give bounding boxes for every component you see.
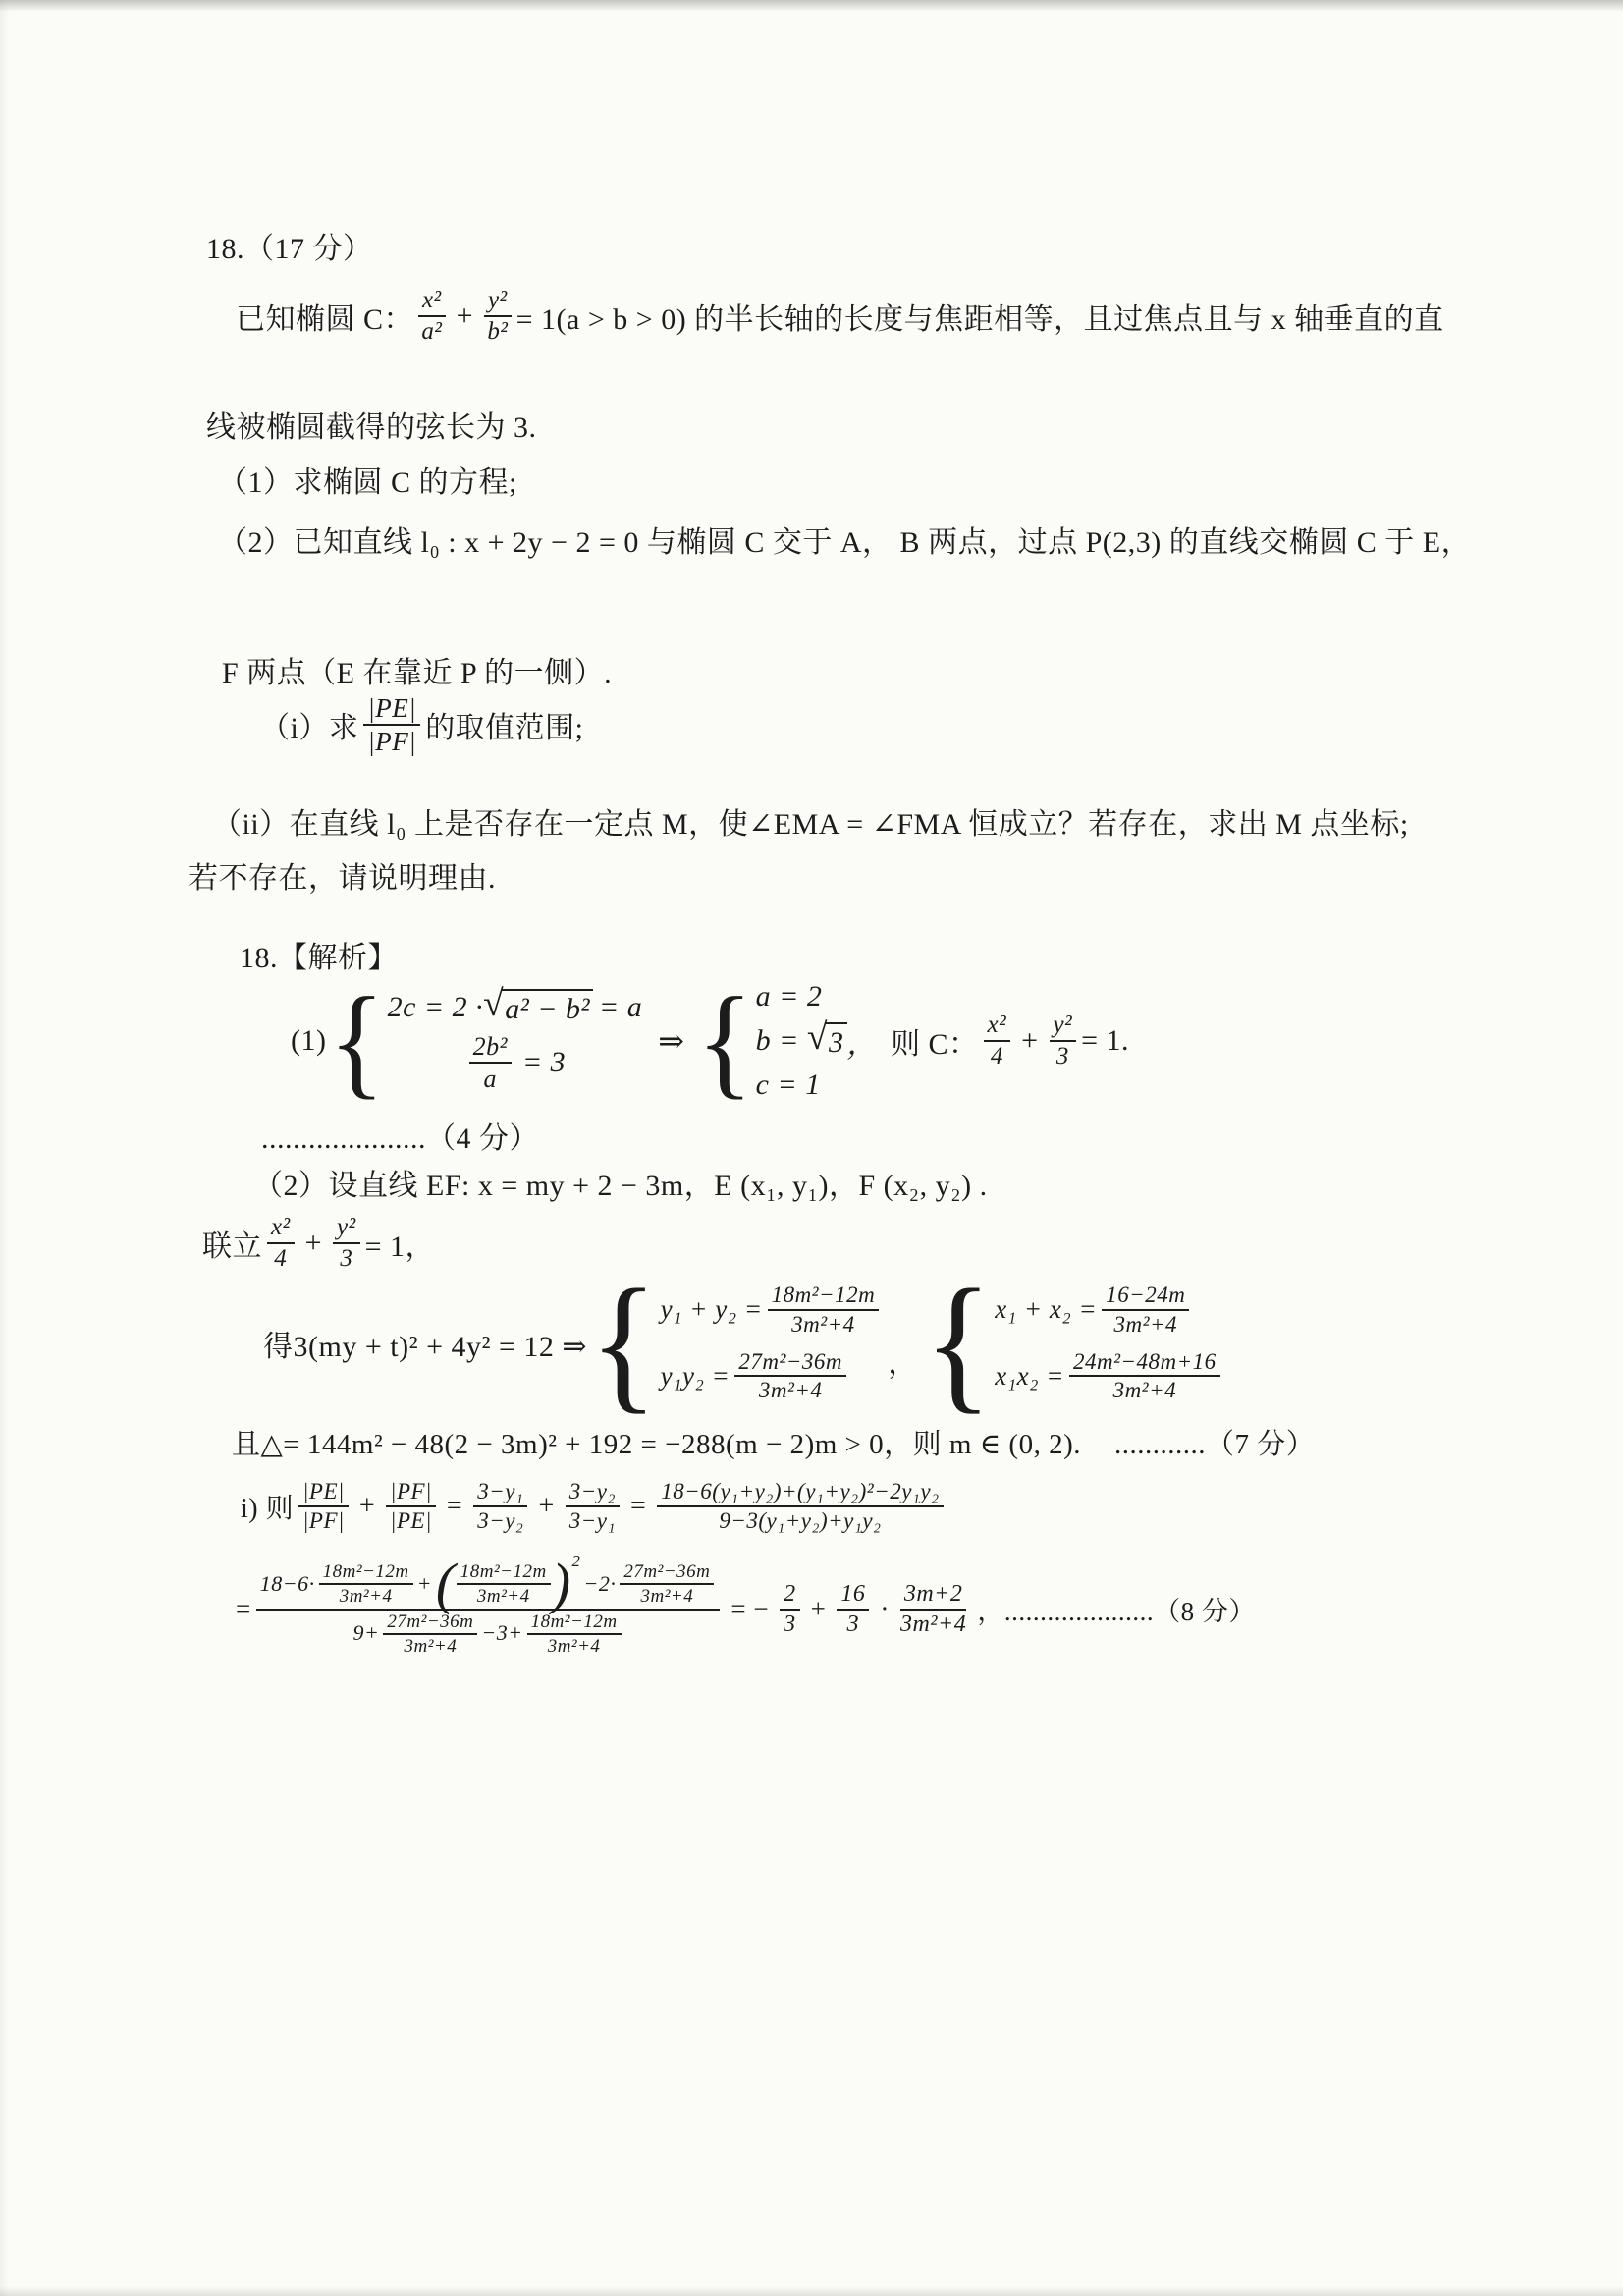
solution-lianli: 联立 x²4 + y²3 = 1， — [202, 1214, 435, 1273]
den-term2: −3+ — [481, 1621, 522, 1646]
step1-eq-row1: 2c = 2 · √a² − b² = a — [388, 989, 649, 1026]
y-prod-pre: y₁y₂ = — [661, 1361, 730, 1392]
plus-sign: + — [359, 1491, 375, 1522]
frac-den: 3 — [784, 1611, 796, 1638]
fraction-y-prod: 27m²−36m3m²+4 — [734, 1349, 846, 1404]
radicand: a² − b² — [502, 989, 593, 1026]
frac-num: 18m²−12m — [457, 1561, 551, 1585]
radical-sign: √ — [807, 1019, 828, 1057]
y-sum-pre: y₁ + y₂ = — [661, 1294, 763, 1325]
frac-num: 27m²−36m — [734, 1349, 846, 1378]
sqrt-3: √3 — [807, 1022, 847, 1060]
question-ii: （ii）在直线 l₀ 上是否存在一定点 M，使∠EMA = ∠FMA 恒成立？若… — [212, 799, 1409, 843]
y-sum-row: y₁ + y₂ = 18m²−12m3m²+4 — [661, 1283, 885, 1338]
frac-den: 3m²+4 — [477, 1585, 530, 1607]
intro-post-text: = 1(a > b > 0) 的半长轴的长度与焦距相等，且过焦点且与 x 轴垂直… — [516, 295, 1444, 338]
fraction-y-sum: 18m²−12m3m²+4 — [768, 1283, 880, 1338]
x-sum-pre: x₁ + x₂ = — [995, 1294, 1097, 1325]
fraction-x-prod: 24m²−48m+163m²+4 — [1069, 1349, 1220, 1404]
frac-den: 3m²+4 — [1113, 1377, 1177, 1403]
frac-den: 3 — [1056, 1042, 1069, 1070]
row2-post: = 3 — [522, 1046, 566, 1079]
fraction-x-sum: 16−24m3m²+4 — [1102, 1283, 1189, 1338]
fraction-x2-4: x²4 — [267, 1214, 295, 1273]
left-brace: { — [328, 985, 385, 1097]
ratio-line: i) 则 |PE||PF| + |PF||PE| = 3−y₁3−y₂ + 3−… — [241, 1479, 948, 1534]
frac-num: 2b² — [469, 1032, 512, 1064]
fraction-3m2-3m24: 3m+23m²+4 — [900, 1581, 967, 1638]
frac-num: 18−6(y₁+y₂)+(y₁+y₂)²−2y₁y₂ — [657, 1479, 943, 1507]
frac-den: 3m²+4 — [641, 1585, 694, 1607]
frac-num: 16 — [837, 1581, 869, 1611]
equals-sign: = — [236, 1594, 251, 1624]
ratio-label: i) 则 — [241, 1487, 294, 1526]
result-b: b = √3 ， — [756, 1019, 877, 1063]
intro-pre-text: 已知椭圆 C： — [236, 295, 413, 338]
discriminant-line: 且△= 144m² − 48(2 − 3m)² + 192 = −288(m −… — [232, 1422, 1315, 1462]
num-term3: −2· — [584, 1572, 617, 1597]
question-i: （i）求 |PE||PF| 的取值范围; — [260, 693, 584, 756]
final-computation-line: = 18−6· 18m²−12m3m²+4 + ( 18m²−12m3m²+4 … — [236, 1561, 1256, 1657]
plus-sign: + — [538, 1491, 554, 1522]
implies-arrow: ⇒ — [658, 1022, 684, 1060]
plus-sign: + — [305, 1227, 322, 1260]
frac-den: 3 — [340, 1244, 352, 1273]
mini-frac-5: 18m²−12m3m²+4 — [527, 1612, 622, 1658]
equals-one: = 1. — [1081, 1024, 1129, 1058]
fraction-2-3: 23 — [780, 1581, 800, 1638]
frac-num: 16−24m — [1102, 1283, 1189, 1311]
frac-num: |PF| — [386, 1479, 436, 1507]
systems-comma: ， — [888, 1339, 918, 1407]
question-1: （1）求椭圆 C 的方程; — [218, 458, 517, 501]
frac-den: b² — [487, 317, 508, 346]
frac-num: 18m²−12m — [527, 1612, 622, 1635]
frac-num: 27m²−36m — [620, 1561, 714, 1585]
fraction-16-3: 163 — [837, 1581, 869, 1638]
frac-den: 9−3(y₁+y₂)+y₁y₂ — [719, 1507, 881, 1534]
big-nested-fraction: 18−6· 18m²−12m3m²+4 + ( 18m²−12m3m²+4 ) … — [256, 1561, 721, 1657]
num-plus: + — [417, 1572, 432, 1597]
mini-frac-3: 27m²−36m3m²+4 — [620, 1561, 714, 1608]
row1-pre: 2c = 2 · — [388, 991, 484, 1024]
solution-vieta-line: 得3(my + t)² + 4y² = 12 ⇒ { y₁ + y₂ = 18m… — [263, 1279, 1225, 1407]
sqrt-a2-b2: √a² − b² — [483, 989, 593, 1026]
frac-den: |PF| — [367, 726, 416, 756]
frac-num: x² — [418, 287, 446, 317]
frac-den: 3 — [847, 1611, 860, 1638]
lianli-post: = 1， — [365, 1222, 435, 1265]
radical-sign: √ — [483, 986, 504, 1023]
step1-label: (1) — [291, 1024, 326, 1058]
plus-sign: + — [811, 1594, 827, 1624]
frac-num: y² — [333, 1214, 360, 1244]
fraction-3y2-3y1: 3−y₂3−y₁ — [566, 1479, 620, 1534]
frac-num: y² — [1050, 1011, 1077, 1042]
plus-sign: + — [457, 300, 473, 333]
result-c: c = 1 — [756, 1068, 821, 1102]
equals-sign: = — [630, 1491, 646, 1522]
mini-frac-1: 18m²−12m3m²+4 — [319, 1561, 413, 1608]
frac-den: |PF| — [302, 1507, 345, 1534]
then-text: 则 C： — [891, 1019, 979, 1063]
x-prod-pre: x₁x₂ = — [995, 1361, 1064, 1392]
solution-step2-line: （2）设直线 EF: x = my + 2 − 3m，E (x₁, y₁)，F … — [253, 1161, 988, 1204]
frac-num: 18m²−12m — [768, 1283, 880, 1311]
x-prod-row: x₁x₂ = 24m²−48m+163m²+4 — [995, 1349, 1224, 1404]
step1-eq-row2: 2b²a = 3 — [464, 1032, 572, 1093]
frac-den: 3m²+4 — [1114, 1311, 1178, 1338]
frac-den: 3−y₂ — [477, 1507, 523, 1534]
frac-den: 4 — [274, 1244, 287, 1273]
num-term1: 18−6· — [260, 1572, 315, 1597]
b-pre: b = — [756, 1024, 799, 1058]
problem-number: 18.（17 分） — [206, 224, 373, 267]
discriminant-text: 且△= 144m² − 48(2 − 3m)² + 192 = −288(m −… — [232, 1422, 1081, 1462]
fraction-y2-b2: y²b² — [484, 287, 512, 346]
row1-post: = a — [599, 991, 642, 1024]
document-page: 18.（17 分） 已知椭圆 C： x²a² + y²b² = 1(a > b … — [0, 0, 1623, 2296]
radicand: 3 — [826, 1022, 847, 1060]
frac-num: x² — [267, 1214, 295, 1244]
frac-num: 3−y₁ — [473, 1479, 527, 1507]
fraction-pe-pf: |PE||PF| — [363, 693, 420, 756]
frac-num: 24m²−48m+16 — [1069, 1349, 1220, 1378]
question-2: （2）已知直线 l₀ : x + 2y − 2 = 0 与椭圆 C 交于 A， … — [218, 518, 1471, 561]
fraction-y2-3: y²3 — [1050, 1011, 1077, 1070]
fraction-2b2-a: 2b²a — [469, 1032, 512, 1093]
den-term1: 9+ — [353, 1621, 380, 1646]
frac-den: a — [484, 1064, 498, 1093]
score-mark-8: ，.....................（8 分） — [977, 1590, 1256, 1628]
big-frac-denominator: 9+ 27m²−36m3m²+4 −3+ 18m²−12m3m²+4 — [353, 1611, 623, 1658]
solution-header: 18.【解析】 — [240, 933, 398, 976]
question-2-cont: F 两点（E 在靠近 P 的一侧）. — [222, 648, 612, 691]
frac-den: 3m²+4 — [900, 1611, 966, 1638]
frac-den: 3m²+4 — [405, 1635, 458, 1657]
frac-den: 3−y₁ — [569, 1507, 616, 1534]
frac-den: a² — [421, 317, 442, 346]
lianli-pre: 联立 — [202, 1222, 262, 1265]
fraction-pe-pf: |PE||PF| — [298, 1479, 349, 1534]
frac-num: |PE| — [298, 1479, 349, 1507]
frac-num: 18m²−12m — [319, 1561, 413, 1585]
superscript-2: 2 — [572, 1552, 581, 1570]
x-sum-row: x₁ + x₂ = 16−24m3m²+4 — [995, 1283, 1194, 1338]
problem-intro-line: 已知椭圆 C： x²a² + y²b² = 1(a > b > 0) 的半长轴的… — [236, 287, 1444, 346]
problem-intro-cont: 线被椭圆截得的弦长为 3. — [206, 403, 537, 446]
vieta-pre: 得3(my + t)² + 4y² = 12 ⇒ — [263, 1322, 587, 1365]
frac-den: 3m²+4 — [548, 1635, 601, 1657]
squared-paren-group: ( 18m²−12m3m²+4 ) 2 — [436, 1561, 580, 1608]
fraction-y2-3: y²3 — [333, 1214, 360, 1273]
frac-num: |PE| — [363, 693, 420, 726]
frac-den: 3m²+4 — [759, 1377, 823, 1403]
mini-frac-4: 27m²−36m3m²+4 — [383, 1612, 477, 1658]
score-mark-4: .....................（4 分） — [261, 1114, 539, 1157]
solution-step1: (1) { 2c = 2 · √a² − b² = a 2b²a = 3 ⇒ {… — [291, 980, 1129, 1102]
frac-num: 2 — [780, 1581, 800, 1611]
qi-pre-text: （i）求 — [260, 703, 358, 746]
frac-den: 3m²+4 — [340, 1585, 393, 1607]
mini-frac-2: 18m²−12m3m²+4 — [457, 1561, 551, 1608]
frac-num: 3−y₂ — [566, 1479, 620, 1507]
left-brace: { — [924, 1275, 994, 1411]
plus-sign: + — [1021, 1024, 1038, 1058]
equals-sign: = — [447, 1491, 462, 1522]
b-post: ， — [847, 1019, 878, 1063]
frac-den: 4 — [991, 1042, 1003, 1070]
question-ii-cont: 若不存在，请说明理由. — [189, 853, 496, 897]
frac-num: 27m²−36m — [383, 1612, 477, 1635]
fraction-x2-4: x²4 — [984, 1011, 1011, 1070]
fraction-3y1-3y2: 3−y₁3−y₂ — [473, 1479, 527, 1534]
left-brace: { — [697, 985, 754, 1097]
frac-den: 3m²+4 — [791, 1311, 855, 1338]
big-frac-numerator: 18−6· 18m²−12m3m²+4 + ( 18m²−12m3m²+4 ) … — [256, 1561, 721, 1611]
frac-num: y² — [484, 287, 512, 317]
left-brace: { — [589, 1275, 659, 1411]
fraction-x2-a2: x²a² — [418, 287, 446, 346]
fraction-pf-pe: |PF||PE| — [386, 1479, 436, 1534]
qi-post-text: 的取值范围; — [425, 703, 583, 746]
fraction-expanded-ratio: 18−6(y₁+y₂)+(y₁+y₂)²−2y₁y₂9−3(y₁+y₂)+y₁y… — [657, 1479, 943, 1534]
score-mark-7: ............（7 分） — [1114, 1422, 1315, 1462]
frac-num: 3m+2 — [900, 1581, 967, 1611]
result-a: a = 2 — [756, 980, 823, 1013]
cdot-sign: · — [880, 1594, 890, 1624]
frac-den: |PE| — [390, 1507, 432, 1534]
equals-minus: = − — [730, 1594, 769, 1624]
frac-num: x² — [984, 1011, 1011, 1042]
y-prod-row: y₁y₂ = 27m²−36m3m²+4 — [661, 1349, 851, 1404]
